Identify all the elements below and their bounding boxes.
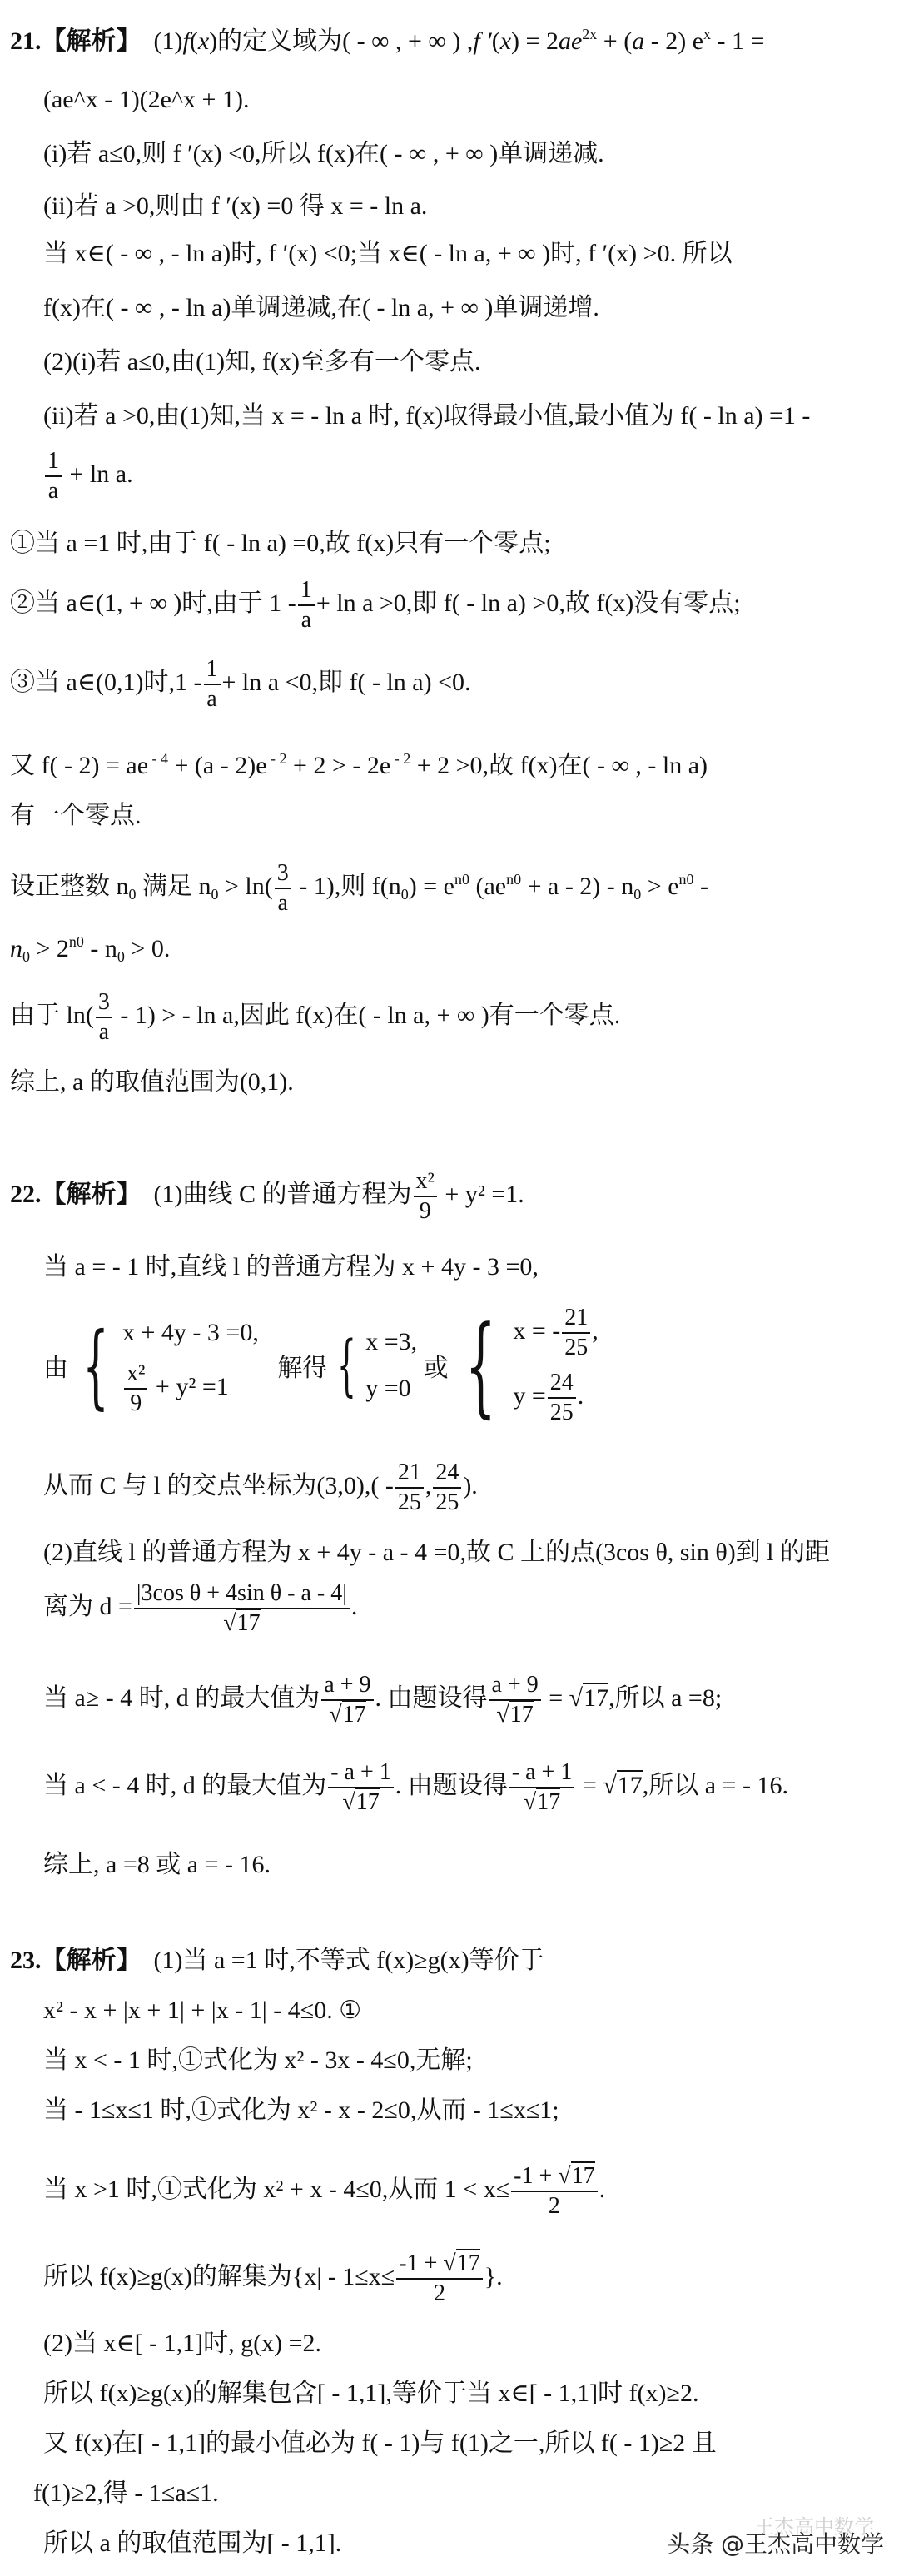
left-brace-icon: { xyxy=(82,1320,109,1411)
system-2: x =3, y =0 xyxy=(365,1313,417,1418)
p23-line-1: 23.【解析】 (1)当 a =1 时,不等式 f(x)≥g(x)等价于 xyxy=(10,1944,544,1977)
p21-line-3: (i)若 a≤0,则 f ′(x) <0,所以 f(x)在( - ∞ , + ∞… xyxy=(43,137,604,171)
p23-line-2: x² - x + |x + 1| + |x - 1| - 4≤0. ① xyxy=(43,1994,361,2027)
p23-line-10: f(1)≥2,得 - 1≤a≤1. xyxy=(33,2477,219,2510)
p22-line-2: 当 a = - 1 时,直线 l 的普通方程为 x + 4y - 3 =0, xyxy=(43,1251,539,1284)
problem-number: 23. xyxy=(10,1947,42,1974)
p22-line-5: (2)直线 l 的普通方程为 x + 4y - a - 4 =0,故 C 上的点… xyxy=(43,1536,830,1569)
p21-line-14: 有一个零点. xyxy=(10,799,142,833)
p21-line-8: (ii)若 a >0,由(1)知,当 x = - ln a 时, f(x)取得最… xyxy=(43,400,810,433)
fraction: 1a xyxy=(45,450,62,503)
watermark: 头条 @王杰高中数学 xyxy=(667,2526,884,2559)
p21-line-16: n0 > 2n0 - n0 > 0. xyxy=(10,932,170,966)
p23-line-8: 所以 f(x)≥g(x)的解集包含[ - 1,1],等价于当 x∈[ - 1,1… xyxy=(43,2377,699,2410)
p21-line-6: f(x)在( - ∞ , - ln a)单调递减,在( - ln a, + ∞ … xyxy=(43,291,599,325)
p23-line-5: 当 x >1 时,①式化为 x² + x - 4≤0,从而 1 < x≤-1 +… xyxy=(43,2165,605,2218)
p21-line-10: ①当 a =1 时,由于 f( - ln a) =0,故 f(x)只有一个零点; xyxy=(10,527,551,560)
p21-line-7: (2)(i)若 a≤0,由(1)知, f(x)至多有一个零点. xyxy=(43,346,481,379)
system-3: x = -2125, y =2425. xyxy=(513,1295,598,1436)
p21-line-5: 当 x∈( - ∞ , - ln a)时, f ′(x) <0;当 x∈( - … xyxy=(43,237,733,271)
p21-line-4: (ii)若 a >0,则由 f ′(x) =0 得 x = - ln a. xyxy=(43,190,427,223)
problem-number: 21. xyxy=(10,27,42,55)
p22-line-7: 当 a≥ - 4 时, d 的最大值为a + 9√17. 由题设得a + 9√1… xyxy=(43,1673,722,1727)
p21-line-17: 由于 ln(3a - 1) > - ln a,因此 f(x)在( - ln a,… xyxy=(10,991,620,1044)
left-brace-icon: { xyxy=(465,1311,496,1420)
p21-line-18: 综上, a 的取值范围为(0,1). xyxy=(10,1066,294,1099)
p21-line-2: (ae^x - 1)(2e^x + 1). xyxy=(43,83,249,117)
p23-line-3: 当 x < - 1 时,①式化为 x² - 3x - 4≤0,无解; xyxy=(43,2044,473,2077)
p22-line-1: 22.【解析】 (1)曲线 C 的普通方程为x²9 + y² =1. xyxy=(10,1170,524,1223)
p22-line-6: 离为 d =|3cos θ + 4sin θ - a - 4|√17. xyxy=(43,1582,357,1635)
p22-line-8: 当 a < - 4 时, d 的最大值为- a + 1√17. 由题设得- a … xyxy=(43,1761,788,1814)
p23-line-11: 所以 a 的取值范围为[ - 1,1]. xyxy=(43,2527,341,2560)
p21-line-11: ②当 a∈(1, + ∞ )时,由于 1 -1a+ ln a >0,即 f( -… xyxy=(10,579,741,632)
problem-number: 22. xyxy=(10,1181,42,1208)
p23-line-7: (2)当 x∈[ - 1,1]时, g(x) =2. xyxy=(43,2327,321,2360)
left-brace-icon: { xyxy=(337,1332,356,1399)
p21-line-12: ③当 a∈(0,1)时,1 -1a+ ln a <0,即 f( - ln a) … xyxy=(10,658,471,711)
analysis-tag: 【解析】 xyxy=(42,1181,142,1208)
p23-line-4: 当 - 1≤x≤1 时,①式化为 x² - x - 2≤0,从而 - 1≤x≤1… xyxy=(43,2094,559,2127)
p21-line-13: 又 f( - 2) = ae - 4 + (a - 2)e - 2 + 2 > … xyxy=(10,749,708,783)
p22-line-4: 从而 C 与 l 的交点坐标为(3,0),( -2125,2425). xyxy=(43,1461,478,1514)
analysis-tag: 【解析】 xyxy=(42,27,142,55)
p21-line-15: 设正整数 n0 满足 n0 > ln(3a - 1),则 f(n0) = en0… xyxy=(10,862,708,915)
system-1: x + 4y - 3 =0, x²9 + y² =1 xyxy=(122,1304,259,1427)
p22-line-9: 综上, a =8 或 a = - 16. xyxy=(43,1848,271,1882)
p21-line-9: 1a + ln a. xyxy=(43,450,133,503)
analysis-tag: 【解析】 xyxy=(42,1947,142,1974)
p22-equation-system: 由 { x + 4y - 3 =0, x²9 + y² =1 解得 { x =3… xyxy=(43,1295,599,1436)
p21-line-1: 21.【解析】 (1)f(x)的定义域为( - ∞ , + ∞ ) ,f ′(x… xyxy=(10,25,764,58)
p23-line-6: 所以 f(x)≥g(x)的解集为{x| - 1≤x≤-1 + √172}. xyxy=(43,2252,503,2305)
p23-line-9: 又 f(x)在[ - 1,1]的最小值必为 f( - 1)与 f(1)之一,所以… xyxy=(43,2427,717,2460)
